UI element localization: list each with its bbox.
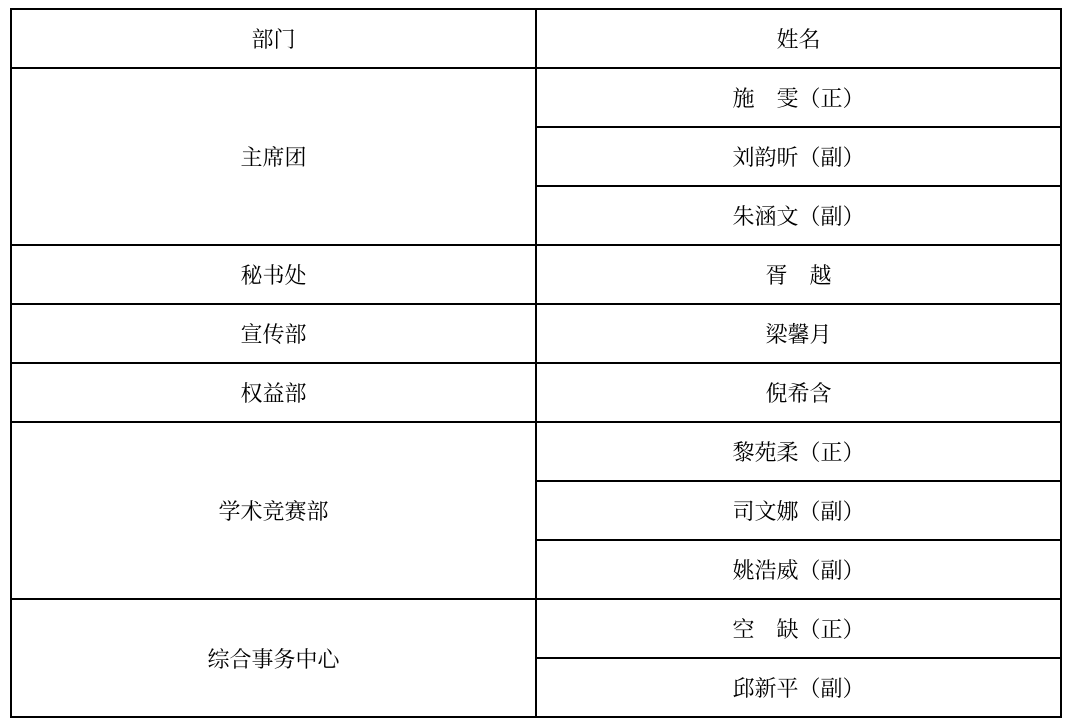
table-row: 宣传部梁馨月 xyxy=(11,304,1061,363)
department-cell: 宣传部 xyxy=(11,304,536,363)
name-cell: 姚浩威（副） xyxy=(536,540,1061,599)
name-cell: 梁馨月 xyxy=(536,304,1061,363)
table-row: 主席团施 雯（正） xyxy=(11,68,1061,127)
header-name: 姓名 xyxy=(536,9,1061,68)
table-row: 秘书处胥 越 xyxy=(11,245,1061,304)
department-cell: 权益部 xyxy=(11,363,536,422)
name-cell: 倪希含 xyxy=(536,363,1061,422)
name-cell: 朱涵文（副） xyxy=(536,186,1061,245)
department-roster-table: 部门 姓名 主席团施 雯（正）刘韵昕（副）朱涵文（副）秘书处胥 越宣传部梁馨月权… xyxy=(10,8,1062,718)
name-cell: 施 雯（正） xyxy=(536,68,1061,127)
header-department: 部门 xyxy=(11,9,536,68)
name-cell: 刘韵昕（副） xyxy=(536,127,1061,186)
name-cell: 胥 越 xyxy=(536,245,1061,304)
department-cell: 秘书处 xyxy=(11,245,536,304)
department-cell: 学术竞赛部 xyxy=(11,422,536,599)
department-cell: 主席团 xyxy=(11,68,536,245)
name-cell: 司文娜（副） xyxy=(536,481,1061,540)
table-row: 学术竞赛部黎苑柔（正） xyxy=(11,422,1061,481)
table-row: 权益部倪希含 xyxy=(11,363,1061,422)
header-row: 部门 姓名 xyxy=(11,9,1061,68)
name-cell: 黎苑柔（正） xyxy=(536,422,1061,481)
name-cell: 邱新平（副） xyxy=(536,658,1061,717)
table-row: 综合事务中心空 缺（正） xyxy=(11,599,1061,658)
name-cell: 空 缺（正） xyxy=(536,599,1061,658)
department-cell: 综合事务中心 xyxy=(11,599,536,717)
table-body: 主席团施 雯（正）刘韵昕（副）朱涵文（副）秘书处胥 越宣传部梁馨月权益部倪希含学… xyxy=(11,68,1061,717)
